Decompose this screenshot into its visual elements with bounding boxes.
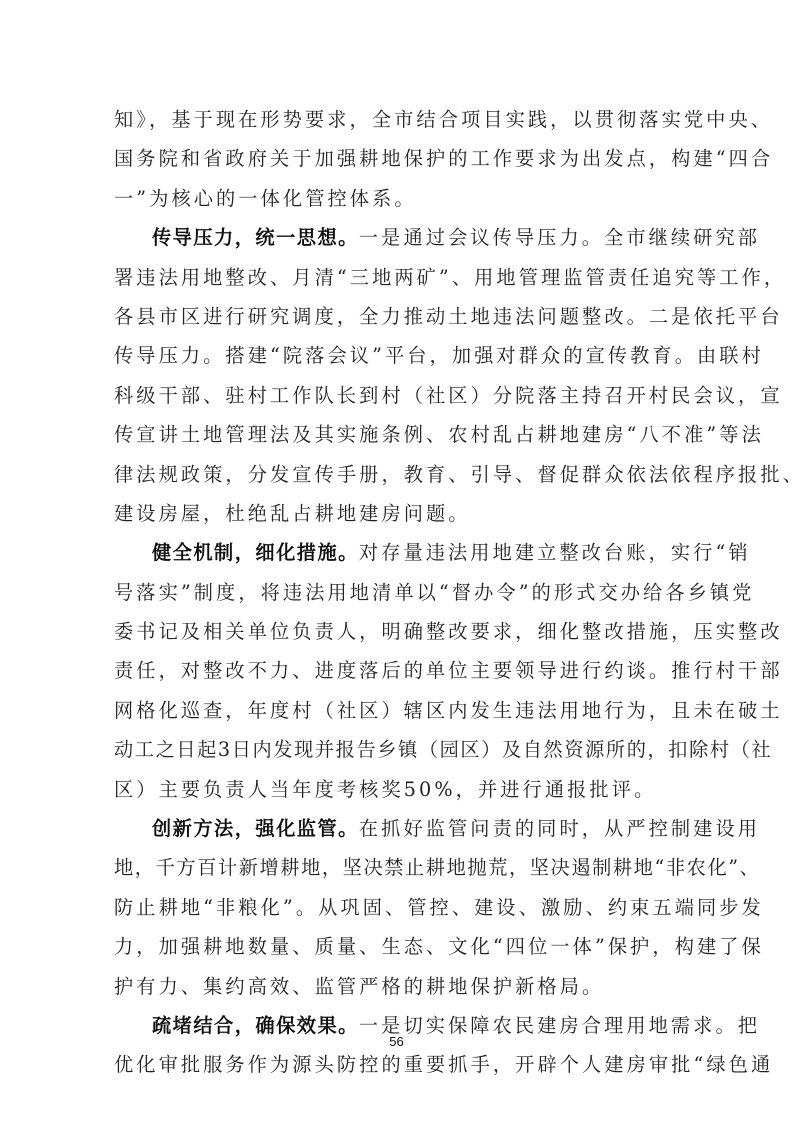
text-line: 律法规政策，分发宣传手册，教育、引导、督促群众依法依程序报批、 <box>114 455 682 494</box>
paragraph-1: 知》，基于现在形势要求，全市结合项目实践，以贯彻落实党中央、 国务院和省政府关于… <box>114 100 682 218</box>
text-line: 一”为核心的一体化管控体系。 <box>114 179 682 218</box>
text-line: 知》，基于现在形势要求，全市结合项目实践，以贯彻落实党中央、 <box>114 100 682 139</box>
paragraph-4: 创新方法，强化监管。在抓好监管问责的同时，从严控制建设用 地，千方百计新增耕地，… <box>114 809 682 1006</box>
text-line: 防止耕地“非粮化”。从巩固、管控、建设、激励、约束五端同步发 <box>114 888 682 927</box>
paragraph-2: 传导压力，统一思想。一是通过会议传导压力。全市继续研究部 署违法用地整改、月清“… <box>114 218 682 533</box>
document-page: 知》，基于现在形势要求，全市结合项目实践，以贯彻落实党中央、 国务院和省政府关于… <box>0 0 793 1122</box>
paragraph-heading: 创新方法，强化监管。 <box>152 817 359 840</box>
text-line: 各县市区进行研究调度，全力推动土地违法问题整改。二是依托平台 <box>114 297 682 336</box>
text-line: 网格化巡查，年度村（社区）辖区内发生违法用地行为，且未在破土 <box>114 691 682 730</box>
paragraph-heading: 健全机制，细化措施。 <box>152 541 359 564</box>
text-line: 委书记及相关单位负责人，明确整改要求，细化整改措施，压实整改 <box>114 612 682 651</box>
text-run: 在抓好监管问责的同时，从严控制建设用 <box>359 817 760 840</box>
text-line: 动工之日起3日内发现并报告乡镇（园区）及自然资源所的，扣除村（社 <box>114 730 682 769</box>
text-line: 传导压力。搭建“院落会议”平台，加强对群众的宣传教育。由联村 <box>114 336 682 375</box>
text-line: 科级干部、驻村工作队长到村（社区）分院落主持召开村民会议，宣 <box>114 376 682 415</box>
text-line: 力，加强耕地数量、质量、生态、文化“四位一体”保护，构建了保 <box>114 927 682 966</box>
text-line: 优化审批服务作为源头防控的重要抓手，开辟个人建房审批“绿色通 <box>114 1045 682 1084</box>
text-line-with-heading: 传导压力，统一思想。一是通过会议传导压力。全市继续研究部 <box>114 218 682 257</box>
text-line: 国务院和省政府关于加强耕地保护的工作要求为出发点，构建“四合 <box>114 139 682 178</box>
text-line: 署违法用地整改、月清“三地两矿”、用地管理监管责任追究等工作， <box>114 258 682 297</box>
text-line: 建设房屋，杜绝乱占耕地建房问题。 <box>114 494 682 533</box>
body-text: 知》，基于现在形势要求，全市结合项目实践，以贯彻落实党中央、 国务院和省政府关于… <box>114 100 682 1085</box>
text-line-with-heading: 健全机制，细化措施。对存量违法用地建立整改台账，实行“销 <box>114 533 682 572</box>
text-run: 一是通过会议传导压力。全市继续研究部 <box>359 226 760 249</box>
text-line-with-heading: 创新方法，强化监管。在抓好监管问责的同时，从严控制建设用 <box>114 809 682 848</box>
text-line: 责任，对整改不力、进度落后的单位主要领导进行约谈。推行村干部 <box>114 651 682 690</box>
page-number: 56 <box>0 1034 793 1049</box>
text-line: 号落实”制度，将违法用地清单以“督办令”的形式交办给各乡镇党 <box>114 573 682 612</box>
paragraph-heading: 传导压力，统一思想。 <box>152 226 359 249</box>
text-line: 地，千方百计新增耕地，坚决禁止耕地抛荒，坚决遏制耕地“非农化”、 <box>114 848 682 887</box>
text-run: 对存量违法用地建立整改台账，实行“销 <box>359 541 751 564</box>
text-line: 护有力、集约高效、监管严格的耕地保护新格局。 <box>114 967 682 1006</box>
text-line: 传宣讲土地管理法及其实施条例、农村乱占耕地建房“八不准”等法 <box>114 415 682 454</box>
text-line: 区）主要负责人当年度考核奖50%，并进行通报批评。 <box>114 770 682 809</box>
paragraph-3: 健全机制，细化措施。对存量违法用地建立整改台账，实行“销 号落实”制度，将违法用… <box>114 533 682 809</box>
